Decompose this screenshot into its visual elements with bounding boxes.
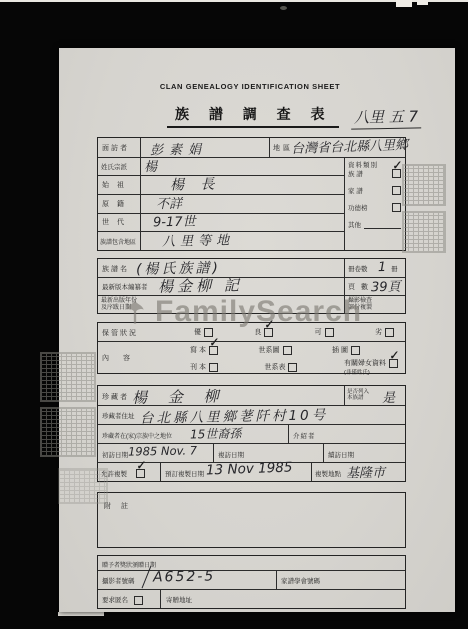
content-option-illustrations: 插 圖: [332, 345, 360, 355]
listed-in-genealogy-label: 是否列入 本族譜: [347, 389, 369, 401]
film-edge-mark: [58, 612, 104, 616]
checkbox: ✓: [136, 469, 145, 478]
first-visit-value: 1985 Nov. 7: [128, 443, 197, 458]
photographer-number-label: 攝影者號碼: [102, 576, 135, 585]
check-mark: ✓: [388, 350, 399, 362]
award-date-label: 贈予者獎狀頒贈日期: [102, 560, 156, 569]
listed-value: 是: [382, 387, 395, 406]
grid-line: [98, 341, 405, 342]
introducer-label: 介紹者: [293, 431, 316, 440]
film-check-label-line1: 攝影檢查: [348, 298, 372, 305]
holder-position-label: 珍藏者在(家)宗族中之地位: [102, 431, 172, 440]
volumes-label: 冊卷數: [348, 264, 368, 273]
compiler-label: 最新版本編纂者: [102, 282, 148, 291]
category-option-family-record: 家 譜: [348, 183, 401, 198]
condition-option-fair: 可: [315, 327, 334, 337]
content-option-women-data: 有關婦女資料✓ (非僅姓氏): [344, 358, 398, 376]
copy-place-label: 複製地點: [315, 469, 341, 478]
category-checklist: 族 譜 ✓ 家 譜 功德榜 其他: [348, 166, 401, 234]
section-book-info: 族譜名 (楊氏族譜) 冊卷數 1 冊 最新版本編纂者 楊金柳 記 頁 數 39頁…: [97, 258, 406, 314]
form-title-chinese: 族 譜 調 查 表: [167, 104, 339, 128]
contents-options-row2: 刊 本 世系表 有關婦女資料✓ (非僅姓氏): [190, 358, 398, 376]
checkbox: [392, 186, 401, 195]
checkbox: [209, 363, 218, 372]
surname-branch-label: 姓氏宗派: [101, 162, 127, 171]
category-option-other: 其他: [348, 217, 401, 232]
option-label: 世系表: [264, 362, 285, 372]
option-label: 有關婦女資料: [344, 358, 386, 368]
condition-options: 優 良✓ 可 劣: [194, 327, 394, 337]
condition-option-poor: 劣: [375, 327, 394, 337]
society-number-label: 家譜學會號碼: [281, 576, 320, 585]
check-mark: ✓: [208, 337, 219, 349]
option-label: 世系圖: [259, 345, 280, 355]
interviewer-label: 面訪者: [102, 143, 129, 153]
region-covered-value: 八里等地: [162, 229, 234, 249]
anonymity-request-label: 要求匿名: [102, 595, 128, 604]
category-option-label: 功德榜: [348, 203, 368, 212]
option-label: 良: [254, 327, 261, 337]
section-holder-visits: 珍藏者 楊 金 柳 是否列入 本族譜 是 珍藏者住址 台北縣八里鄉荖阡村10号 …: [97, 385, 406, 482]
generation-value: 9-17世: [153, 211, 196, 231]
option-label: 寫 本: [190, 345, 206, 355]
film-check-label: 攝影檢查 部份複製: [348, 298, 372, 311]
copy-place-value: 基隆市: [346, 462, 385, 482]
checkbox: ✓: [209, 346, 218, 355]
publication-year-label-line1: 最新出版年份: [101, 298, 137, 305]
followup-visit-label: 續訪日期: [328, 450, 354, 459]
handwritten-page-code: 八里 五 7: [351, 105, 421, 129]
pages-label: 頁 數: [348, 282, 370, 292]
checkbox: [392, 203, 401, 212]
listed-label-line2: 本族譜: [347, 395, 369, 401]
publication-year-label: 最新出版年份 及序跋日期: [101, 298, 137, 311]
publication-year-label-line2: 及序跋日期: [101, 305, 137, 312]
genealogy-title-label: 族譜名: [102, 264, 129, 274]
grid-line: [160, 462, 161, 481]
condition-option-good: 良✓: [254, 327, 273, 337]
film-speck: [280, 6, 287, 10]
section-condition-contents: 保管狀況 優 良✓ 可 劣 內 容 寫 本✓ 世系圖 插 圖 刊 本 世系表 有…: [97, 322, 406, 374]
surname-branch-value: 楊: [144, 156, 157, 175]
first-visit-label: 初訪日期: [102, 450, 128, 459]
grid-line: [98, 589, 405, 590]
option-label: 插 圖: [332, 345, 348, 355]
revisit-label: 複訪日期: [218, 450, 244, 459]
copy-date-label: 預訂複製日期: [165, 469, 204, 478]
content-option-pedigree-chart: 世系圖: [259, 345, 292, 355]
grid-line: [98, 194, 344, 195]
grid-line: [140, 138, 141, 250]
grid-line: [344, 157, 345, 251]
check-mark: ✓: [135, 460, 146, 472]
grid-line: [98, 175, 344, 176]
grid-line: [276, 570, 277, 589]
grid-line: [269, 138, 270, 157]
option-label: 可: [315, 327, 322, 337]
check-mark: ✓: [391, 160, 402, 172]
microfilm-frame: CLAN GENEALOGY IDENTIFICATION SHEET 族 譜 …: [0, 0, 468, 629]
grid-line: [311, 462, 312, 481]
film-mark: [396, 0, 412, 7]
compiler-value: 楊金柳 記: [158, 274, 243, 296]
checkbox: [351, 346, 360, 355]
copy-date-value: 13 Nov 1985: [206, 459, 293, 478]
condition-label: 保管狀況: [102, 328, 138, 338]
grid-line: [98, 213, 344, 214]
checkbox: ✓: [264, 328, 273, 337]
region-covered-label: 族譜包含地區: [100, 237, 136, 246]
photographer-number-value: A652-5: [153, 568, 216, 585]
grid-line: [213, 443, 214, 462]
checkbox: [385, 328, 394, 337]
contents-options-row1: 寫 本✓ 世系圖 插 圖: [190, 345, 360, 355]
checkbox: ✓: [389, 359, 398, 368]
content-option-pedigree-table: 世系表: [264, 358, 297, 376]
mailing-address-label: 寄贈地址: [166, 595, 192, 604]
checkbox: [204, 328, 213, 337]
option-label: 刊 本: [190, 362, 206, 372]
grid-line: [288, 424, 289, 443]
fill-in-line: [364, 220, 401, 229]
copy-permission-label: 允許複製: [101, 469, 127, 478]
origin-value: 不詳: [156, 193, 182, 212]
checkbox: [288, 363, 297, 372]
generation-label: 世 代: [102, 217, 127, 227]
contents-label: 內 容: [102, 353, 136, 363]
section-admin: 贈予者獎狀頒贈日期 攝影者號碼 A652-5 家譜學會號碼 要求匿名 寄贈地址: [97, 555, 406, 609]
holder-position-value: 15世裔孫: [190, 425, 242, 443]
category-option-merit-board: 功德榜: [348, 200, 401, 215]
holder-address-value: 台北縣八里鄉荖阡村10号: [140, 403, 329, 426]
grid-line: [344, 259, 345, 313]
checkbox: [134, 596, 143, 605]
grid-line: [160, 589, 161, 608]
holder-address-label: 珍藏者住址: [102, 411, 135, 420]
condition-option-excellent: 優: [194, 327, 213, 337]
interviewer-value: 彭素娟: [150, 139, 207, 159]
film-mark: [417, 0, 428, 5]
option-label: 劣: [375, 327, 382, 337]
holder-label: 珍藏者: [102, 392, 129, 402]
grid-line: [344, 386, 345, 405]
content-option-manuscript: 寫 本✓: [190, 345, 218, 355]
notes-label: 附 註: [104, 501, 132, 511]
checkbox: [325, 328, 334, 337]
checkbox: ✓: [392, 169, 401, 178]
grid-line: [98, 295, 405, 296]
category-option-label: 族 譜: [348, 169, 363, 178]
form-paper: CLAN GENEALOGY IDENTIFICATION SHEET 族 譜 …: [59, 48, 455, 612]
grid-line: [323, 443, 324, 462]
check-mark: ✓: [264, 319, 275, 331]
category-option-genealogy: 族 譜 ✓: [348, 166, 401, 181]
women-data-note: (非僅姓氏): [344, 368, 370, 376]
volumes-value: 1: [378, 260, 387, 275]
volumes-unit-label: 冊: [391, 264, 398, 273]
section-notes: 附 註: [97, 492, 406, 548]
area-value: 台灣省台北縣八里鄉: [291, 134, 409, 157]
grid-line: [98, 570, 405, 571]
origin-label: 原 籍: [102, 199, 127, 209]
content-option-printed: 刊 本: [190, 358, 218, 376]
section-clan-info: 面訪者 彭素娟 地區 台灣省台北縣八里鄉 姓氏宗派 楊 始 祖 楊 長 原 籍 …: [97, 137, 406, 251]
form-title-english: CLAN GENEALOGY IDENTIFICATION SHEET: [59, 82, 441, 91]
film-check-label-line2: 部份複製: [348, 305, 372, 312]
founder-value: 楊 長: [170, 174, 221, 195]
checkbox: [283, 346, 292, 355]
category-option-label: 家 譜: [348, 186, 363, 195]
founder-label: 始 祖: [102, 180, 127, 190]
pages-value: 39頁: [371, 276, 401, 296]
category-option-label: 其他: [348, 220, 361, 229]
option-label: 優: [194, 327, 201, 337]
